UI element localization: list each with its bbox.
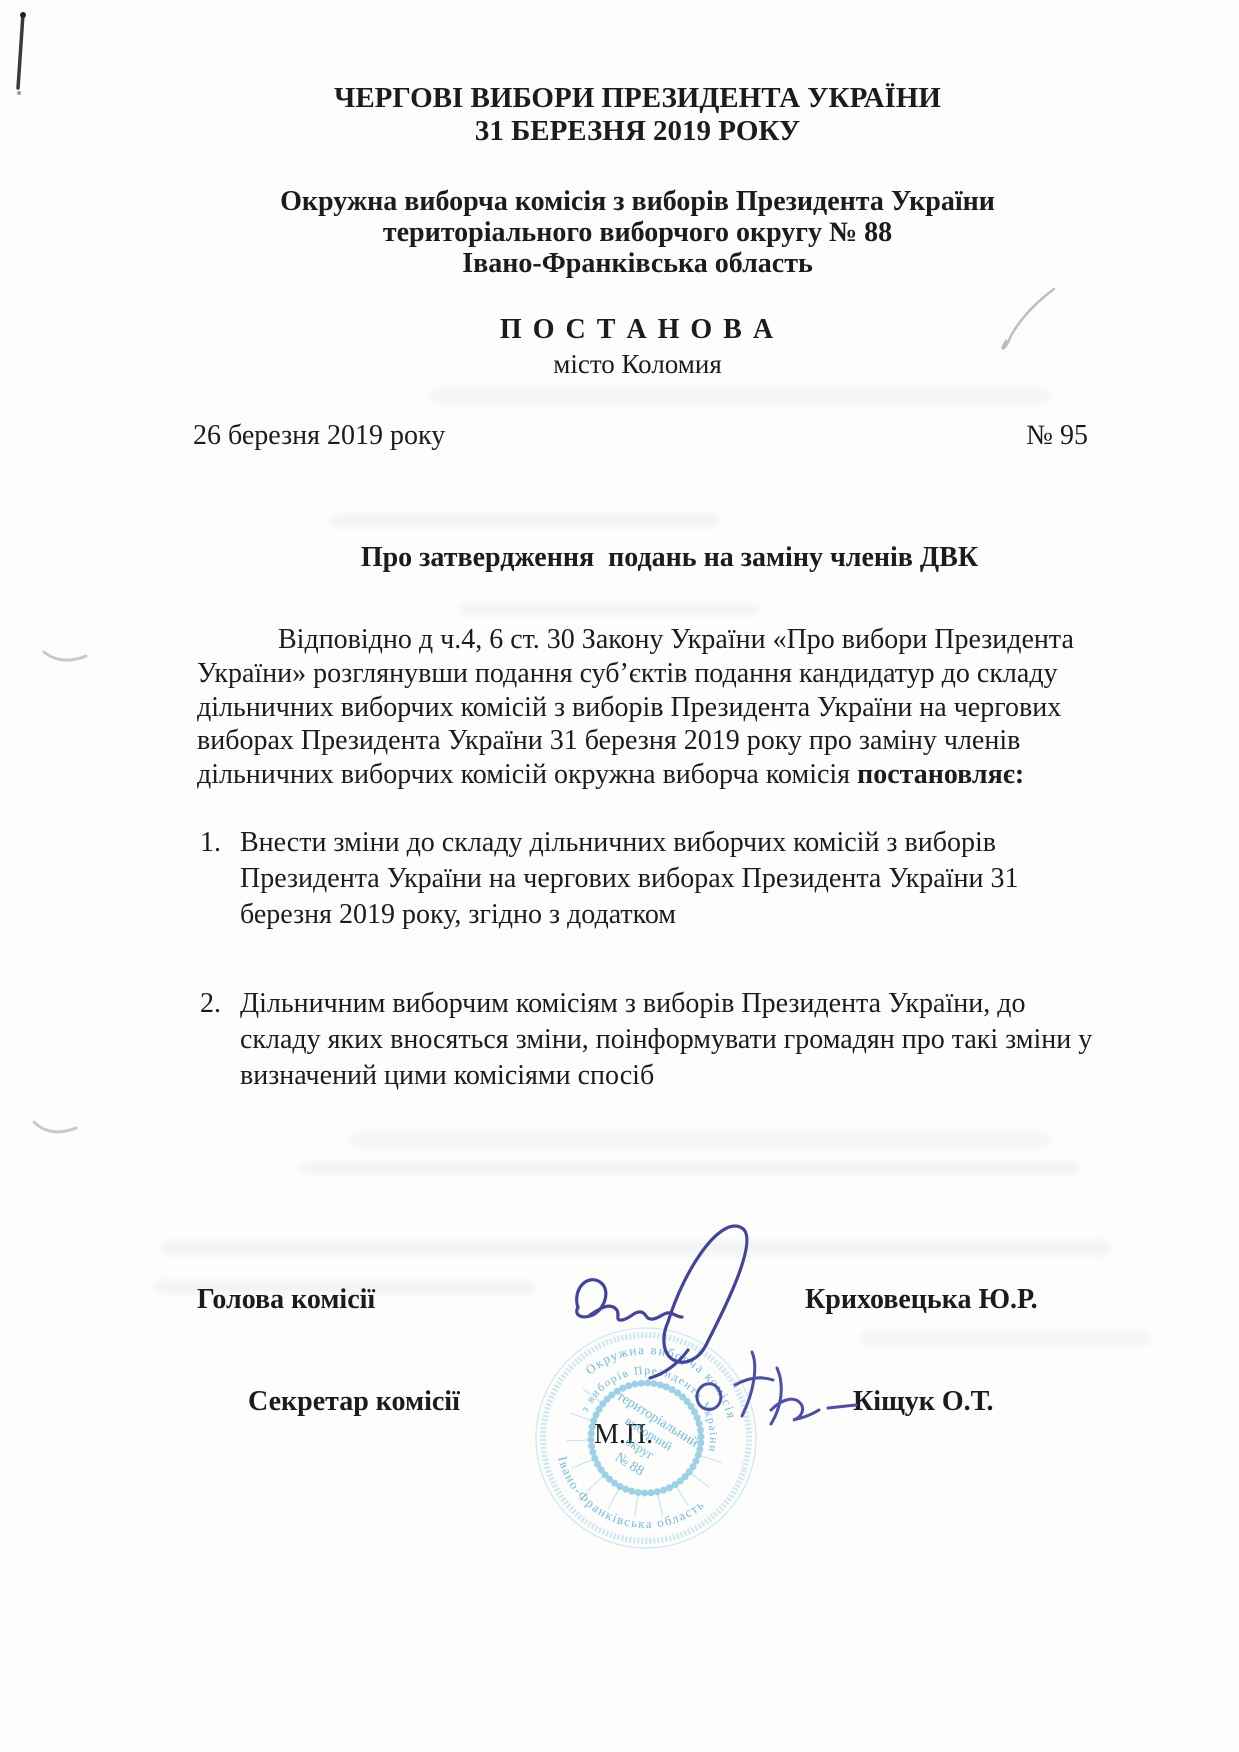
list-item-marker: 1. [200, 829, 221, 857]
document-date: 26 березня 2019 року [193, 422, 445, 450]
scanned-document-page: ЧЕРГОВІ ВИБОРИ ПРЕЗИДЕНТА УКРАЇНИ 31 БЕР… [0, 0, 1239, 1752]
list-item-line: Внести зміни до складу дільничних виборч… [240, 829, 996, 857]
signatory-role-secretary: Секретар комісії [248, 1388, 460, 1416]
preamble-line-text: дільничних виборчих комісій окружна вибо… [197, 759, 857, 790]
election-title-line2: 31 БЕРЕЗНЯ 2019 РОКУ [18, 117, 1239, 146]
signatory-name-chairman: Криховецька Ю.Р. [805, 1286, 1038, 1314]
preamble-line: дільничних виборчих комісій з виборів Пр… [197, 694, 1061, 722]
commission-name-line2: територіального виборчого округу № 88 [18, 219, 1239, 247]
document-place: місто Коломия [18, 351, 1239, 378]
document-subject: Про затвердження подань на заміну членів… [50, 544, 1239, 572]
bleedthrough-smudge [350, 1132, 1050, 1148]
bleedthrough-smudge [430, 388, 1050, 404]
margin-pen-mark [30, 630, 100, 670]
list-item-line: Президента України на чергових виборах П… [240, 865, 1018, 893]
preamble-line: виборах Президента України 31 березня 20… [197, 727, 1020, 755]
preamble-line: України» розглянувши подання суб’єктів п… [197, 660, 1058, 688]
margin-pen-mark [20, 1100, 90, 1144]
commission-name-line3: Івано-Франківська область [18, 250, 1239, 278]
bleedthrough-smudge [300, 1162, 1080, 1174]
preamble-line: дільничних виборчих комісій окружна вибо… [197, 761, 1024, 789]
preamble-line: Відповідно д ч.4, 6 ст. 30 Закону Україн… [278, 626, 1074, 654]
election-title-line1: ЧЕРГОВІ ВИБОРИ ПРЕЗИДЕНТА УКРАЇНИ [18, 84, 1239, 113]
secretary-signature [685, 1340, 875, 1435]
document-number: № 95 [1026, 422, 1088, 450]
commission-name-line1: Окружна виборча комісія з виборів Презид… [18, 188, 1239, 216]
list-item-marker: 2. [200, 990, 221, 1018]
list-item-line: березня 2019 року, згідно з додатком [240, 901, 676, 929]
bleedthrough-smudge [330, 514, 720, 528]
bleedthrough-smudge [860, 1332, 1150, 1346]
preamble-bold-word: постановляє: [857, 759, 1024, 790]
list-item-line: Дільничним виборчим комісіям з виборів П… [240, 990, 1025, 1018]
list-item-line: складу яких вносяться зміни, поінформува… [240, 1026, 1092, 1054]
document-type-title: П О С Т А Н О В А [18, 316, 1239, 344]
bleedthrough-smudge [460, 604, 760, 616]
list-item-line: визначений цими комісіями спосіб [240, 1062, 654, 1090]
signatory-role-chairman: Голова комісії [197, 1286, 375, 1314]
